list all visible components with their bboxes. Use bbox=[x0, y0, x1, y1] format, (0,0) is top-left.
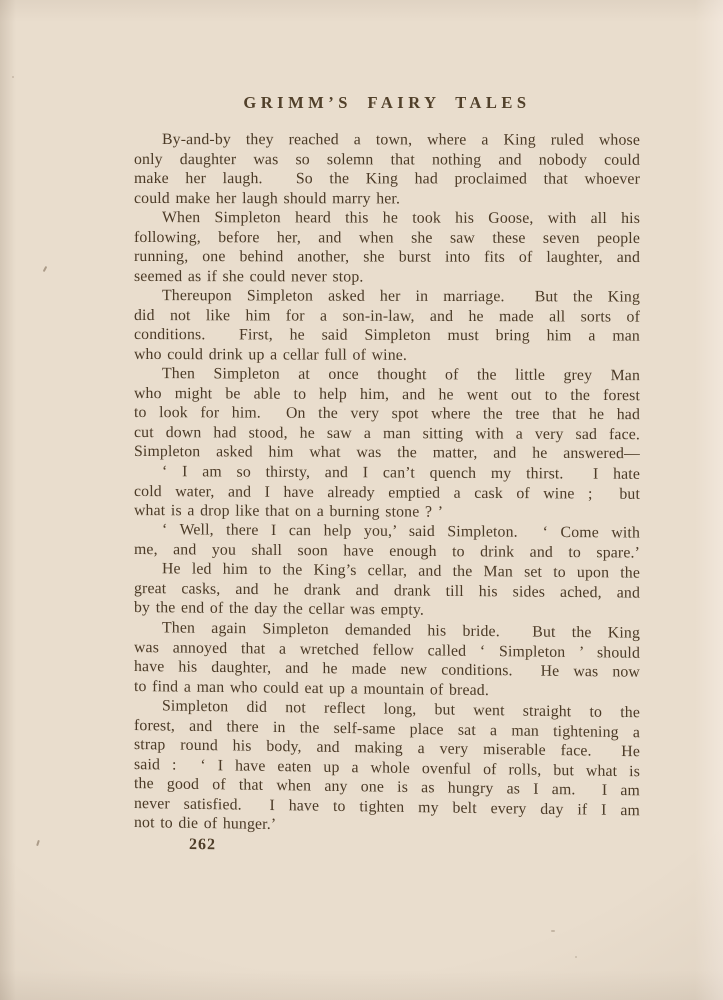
text-line: only daughter was so solemn that nothing… bbox=[134, 150, 640, 170]
text-line: seemed as if she could never stop. bbox=[134, 267, 640, 288]
text-line: running, one behind another, she burst i… bbox=[134, 247, 640, 268]
paper-speck bbox=[551, 930, 555, 932]
paragraph: Simpleton did not reflect long, but went… bbox=[134, 696, 640, 840]
text-line: When Simpleton heard this he took his Go… bbox=[134, 208, 640, 229]
paragraphs: By-and-by they reached a town, where a K… bbox=[134, 130, 640, 832]
text-line: Then Simpleton at once thought of the li… bbox=[134, 364, 640, 386]
paragraph: By-and-by they reached a town, where a K… bbox=[134, 130, 640, 209]
text-line: who could drink up a cellar full of wine… bbox=[134, 345, 640, 366]
text-line: Thereupon Simpleton asked her in marriag… bbox=[134, 286, 640, 307]
paper-speck bbox=[575, 956, 577, 958]
text-line: who might be able to help him, and he we… bbox=[134, 384, 640, 406]
paragraph: Then again Simpleton demanded his bride.… bbox=[134, 618, 640, 702]
text-line: could make her laugh should marry her. bbox=[134, 189, 640, 209]
paper-speck bbox=[36, 840, 40, 846]
text-line: cut down had stood, he saw a man sitting… bbox=[134, 423, 640, 445]
paragraph: Thereupon Simpleton asked her in marriag… bbox=[134, 286, 640, 366]
text-line: what is a drop like that on a burning st… bbox=[134, 501, 640, 523]
book-page-scan: GRIMM’S FAIRY TALES By-and-by they reach… bbox=[0, 0, 723, 1000]
text-line: By-and-by they reached a town, where a K… bbox=[134, 130, 640, 150]
text-line: cold water, and I have already emptied a… bbox=[134, 481, 640, 503]
page-number: 262 bbox=[189, 836, 640, 858]
text-line: make her laugh. So the King had proclaim… bbox=[134, 169, 640, 189]
paragraph: ‘ I am so thirsty, and I can’t quench my… bbox=[134, 462, 640, 523]
paragraph: He led him to the King’s cellar, and the… bbox=[134, 559, 640, 622]
text-line: ‘ I am so thirsty, and I can’t quench my… bbox=[134, 462, 640, 484]
paragraph: ‘ Well, there I can help you,’ said Simp… bbox=[134, 520, 640, 563]
paragraph: When Simpleton heard this he took his Go… bbox=[134, 208, 640, 287]
text-line: following, before her, and when she saw … bbox=[134, 228, 640, 249]
text-line: to look for him. On the very spot where … bbox=[134, 403, 640, 425]
running-head: GRIMM’S FAIRY TALES bbox=[134, 93, 640, 113]
text-line: did not like him for a son-in-law, and h… bbox=[134, 306, 640, 327]
text-line: Simpleton asked him what was the matter,… bbox=[134, 442, 640, 464]
paragraph: Then Simpleton at once thought of the li… bbox=[134, 364, 640, 464]
paper-speck bbox=[12, 76, 14, 78]
paper-speck bbox=[43, 266, 48, 272]
text-line: conditions. First, he said Simpleton mus… bbox=[134, 325, 640, 346]
text-block: GRIMM’S FAIRY TALES By-and-by they reach… bbox=[134, 93, 640, 854]
